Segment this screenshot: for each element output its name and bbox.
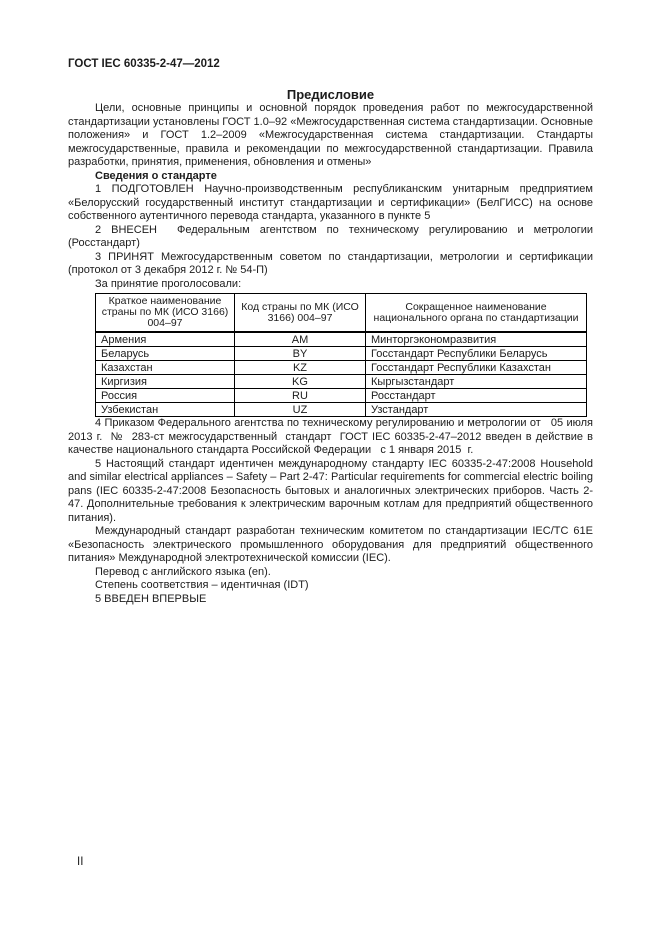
intro-paragraph: Цели, основные принципы и основной поряд…: [68, 102, 593, 170]
table-row: Беларусь BY Госстандарт Республики Белар…: [96, 347, 587, 361]
translation-note: Перевод с английского языка (en).: [68, 566, 593, 580]
info-heading: Сведения о стандарте: [68, 170, 593, 184]
table-cell-country: Россия: [96, 389, 235, 403]
clause-1-prepared: 1 ПОДГОТОВЛЕН Научно-производственным ре…: [68, 183, 593, 224]
page-content: ГОСТ IEC 60335-2-47—2012 Предисловие Цел…: [68, 58, 593, 606]
vote-label: За принятие проголосовали:: [68, 278, 593, 292]
table-cell-country: Казахстан: [96, 361, 235, 375]
table-cell-org: Узстандарт: [366, 403, 587, 417]
table-header-country: Краткое наименование страны по МК (ИСО 3…: [96, 294, 235, 333]
table-cell-code: AM: [235, 332, 366, 347]
clause-5-identical: 5 Настоящий стандарт идентичен междунаро…: [68, 458, 593, 526]
voting-countries-table: Краткое наименование страны по МК (ИСО 3…: [95, 293, 587, 417]
page-number: II: [77, 856, 83, 869]
table-cell-country: Киргизия: [96, 375, 235, 389]
table-row: Киргизия KG Кыргызстандарт: [96, 375, 587, 389]
table-cell-code: UZ: [235, 403, 366, 417]
conformity-note: Степень соответствия – идентичная (IDT): [68, 579, 593, 593]
document-page: ГОСТ IEC 60335-2-47—2012 Предисловие Цел…: [0, 0, 661, 936]
table-cell-country: Беларусь: [96, 347, 235, 361]
table-cell-org: Минторгэкономразвития: [366, 332, 587, 347]
table-cell-org: Кыргызстандарт: [366, 375, 587, 389]
table-cell-country: Узбекистан: [96, 403, 235, 417]
table-row: Узбекистан UZ Узстандарт: [96, 403, 587, 417]
table-cell-org: Госстандарт Республики Казахстан: [366, 361, 587, 375]
table-header-code: Код страны по МК (ИСО 3166) 004–97: [235, 294, 366, 333]
clause-2-submitted: 2 ВНЕСЕН Федеральным агентством по техни…: [68, 224, 593, 251]
clause-3-adopted: 3 ПРИНЯТ Межгосударственным советом по с…: [68, 251, 593, 278]
table-cell-code: BY: [235, 347, 366, 361]
table-cell-org: Росстандарт: [366, 389, 587, 403]
standard-designation: ГОСТ IEC 60335-2-47—2012: [68, 58, 593, 71]
page-title: Предисловие: [68, 87, 593, 102]
table-cell-org: Госстандарт Республики Беларусь: [366, 347, 587, 361]
table-row: Армения AM Минторгэкономразвития: [96, 332, 587, 347]
table-row: Россия RU Росстандарт: [96, 389, 587, 403]
table-cell-code: KG: [235, 375, 366, 389]
introduced-first-time-note: 5 ВВЕДЕН ВПЕРВЫЕ: [68, 593, 593, 607]
table-header-row: Краткое наименование страны по МК (ИСО 3…: [96, 294, 587, 333]
table-cell-country: Армения: [96, 332, 235, 347]
table-row: Казахстан KZ Госстандарт Республики Каза…: [96, 361, 587, 375]
clause-4-enacted: 4 Приказом Федерального агентства по тех…: [68, 417, 593, 458]
table-header-org: Сокращенное наименование национального о…: [366, 294, 587, 333]
table-cell-code: KZ: [235, 361, 366, 375]
table-cell-code: RU: [235, 389, 366, 403]
intl-committee-paragraph: Международный стандарт разработан технич…: [68, 525, 593, 566]
